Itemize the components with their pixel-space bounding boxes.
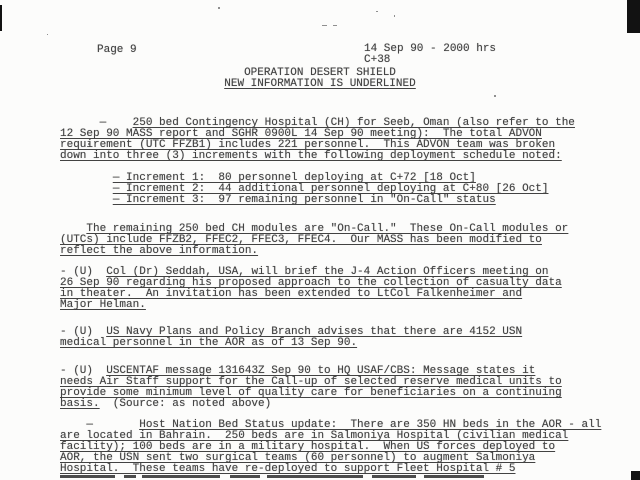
paragraph: — 250 bed Contingency Hospital (CH) for … (60, 118, 601, 162)
document-body: — 250 bed Contingency Hospital (CH) for … (60, 118, 601, 475)
text-line: — Increment 3: 97 remaining personnel in… (60, 195, 601, 206)
scan-speck (394, 15, 395, 17)
paragraph: The remaining 250 bed CH modules are "On… (60, 224, 601, 257)
text-line: Hospital. These teams have re-deployed t… (60, 464, 601, 475)
text-line: down into three (3) increments with the … (60, 151, 601, 162)
document-subtitle: NEW INFORMATION IS UNDERLINED (224, 78, 415, 90)
scan-speck (494, 95, 496, 97)
c-day-counter: C+38 (364, 55, 390, 66)
line-suffix: (Source: as noted above) (100, 398, 272, 410)
text-line: reflect the above information. (60, 246, 601, 257)
paragraph: - (U) US Navy Plans and Policy Branch ad… (60, 327, 601, 349)
line-text: reflect the above information. (60, 245, 258, 257)
scan-speck (47, 34, 48, 35)
cutoff-text-line (60, 475, 484, 478)
scanned-document-page: Page 9 14 Sep 90 - 2000 hrs C+38 OPERATI… (0, 0, 640, 480)
line-prefix (60, 194, 113, 206)
line-text: medical personnel in the AOR as of 13 Se… (60, 337, 357, 349)
paragraph: - (U) USCENTAF message 131643Z Sep 90 to… (60, 366, 601, 410)
line-text: down into three (3) increments with the … (60, 150, 562, 162)
paragraph: — Host Nation Bed Status update: There a… (60, 420, 601, 475)
text-line: basis. (Source: as noted above) (60, 399, 601, 410)
scan-speck (376, 11, 378, 12)
line-text: Hospital. These teams have re-deployed t… (60, 463, 515, 475)
scan-speck (218, 7, 220, 9)
text-line: Major Helman. (60, 300, 601, 311)
scan-speck (322, 25, 327, 26)
scan-speck (333, 25, 337, 26)
scan-artifact-top-right (627, 0, 640, 33)
scan-artifact-left-edge (0, 5, 2, 31)
line-text: Major Helman. (60, 299, 146, 311)
text-line: medical personnel in the AOR as of 13 Se… (60, 338, 601, 349)
paragraph: - (U) Col (Dr) Seddah, USA, will brief t… (60, 267, 601, 311)
line-text: basis. (60, 398, 100, 410)
line-text: — Increment 3: 97 remaining personnel in… (113, 194, 496, 206)
scan-artifact-bottom-right (631, 471, 640, 480)
paragraph: — Increment 1: 80 personnel deploying at… (60, 173, 601, 206)
page-number: Page 9 (97, 45, 137, 56)
document-subtitle-row: NEW INFORMATION IS UNDERLINED (0, 79, 640, 90)
